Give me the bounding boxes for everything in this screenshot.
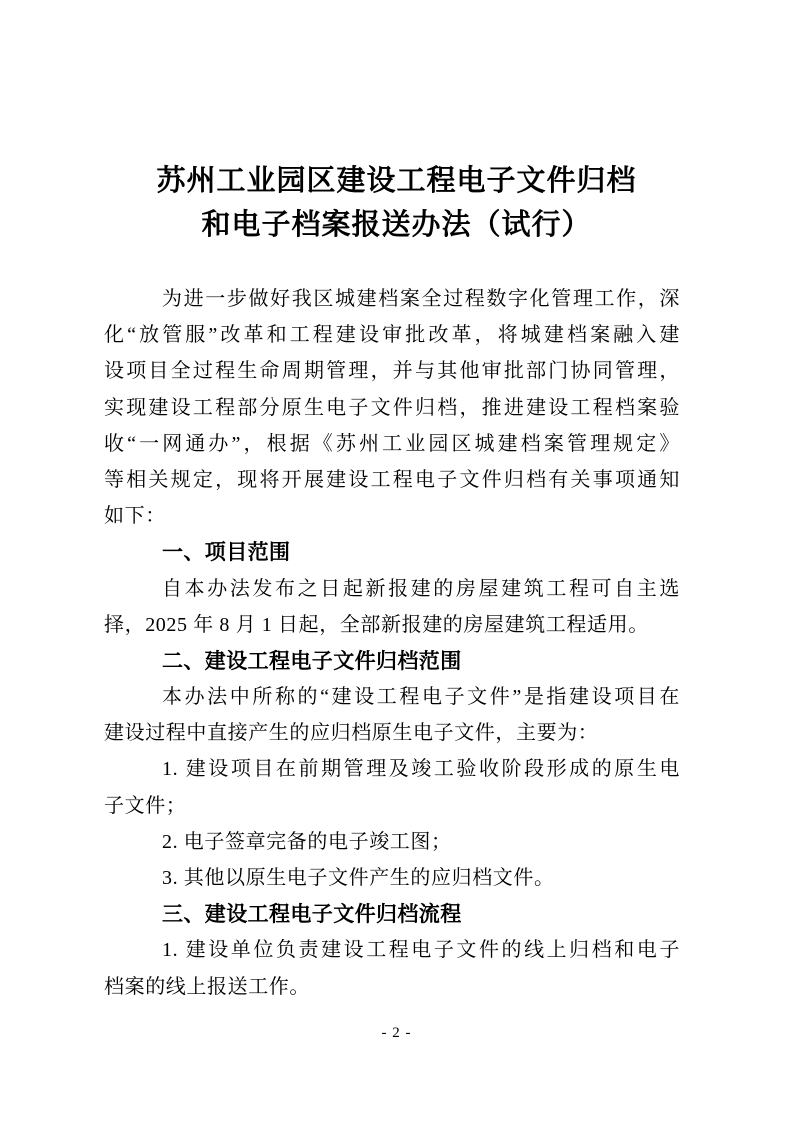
text-line: 化“放管服”改革和工程建设审批改革，将城建档案融入建 <box>104 317 680 353</box>
document-body: 为进一步做好我区城建档案全过程数字化管理工作，深化“放管服”改革和工程建设审批改… <box>104 281 680 1005</box>
document-title: 苏州工业园区建设工程电子文件归档 和电子档案报送办法（试行） <box>0 158 793 246</box>
text-line: 1. 建设项目在前期管理及竣工验收阶段形成的原生电 <box>104 751 680 787</box>
text-line: 等相关规定，现将开展建设工程电子文件归档有关事项通知 <box>104 462 680 498</box>
text-line: 建设过程中直接产生的应归档原生电子文件，主要为： <box>104 715 680 751</box>
text-line: 子文件； <box>104 788 680 824</box>
text-line: 实现建设工程部分原生电子文件归档，推进建设工程档案验 <box>104 390 680 426</box>
text-line: 择，2025 年 8 月 1 日起，全部新报建的房屋建筑工程适用。 <box>104 607 680 643</box>
paragraph: 1. 建设项目在前期管理及竣工验收阶段形成的原生电子文件； <box>104 751 680 823</box>
text-line: 自本办法发布之日起新报建的房屋建筑工程可自主选 <box>104 571 680 607</box>
section-heading: 一、项目范围 <box>104 534 680 570</box>
paragraph: 本办法中所称的“建设工程电子文件”是指建设项目在建设过程中直接产生的应归档原生电… <box>104 679 680 751</box>
text-line: 档案的线上报送工作。 <box>104 969 680 1005</box>
document-title-line-2: 和电子档案报送办法（试行） <box>0 202 793 246</box>
text-line: 本办法中所称的“建设工程电子文件”是指建设项目在 <box>104 679 680 715</box>
paragraph: 为进一步做好我区城建档案全过程数字化管理工作，深化“放管服”改革和工程建设审批改… <box>104 281 680 534</box>
document-title-line-1: 苏州工业园区建设工程电子文件归档 <box>0 158 793 202</box>
paragraph: 2. 电子签章完备的电子竣工图； <box>104 824 680 860</box>
paragraph: 3. 其他以原生电子文件产生的应归档文件。 <box>104 860 680 896</box>
section-heading: 三、建设工程电子文件归档流程 <box>104 896 680 932</box>
text-line: 为进一步做好我区城建档案全过程数字化管理工作，深 <box>104 281 680 317</box>
paragraph: 1. 建设单位负责建设工程电子文件的线上归档和电子档案的线上报送工作。 <box>104 932 680 1004</box>
text-line: 如下： <box>104 498 680 534</box>
page-footer: - 2 - <box>0 1024 793 1042</box>
text-line: 三、建设工程电子文件归档流程 <box>104 896 680 932</box>
document-page: 苏州工业园区建设工程电子文件归档 和电子档案报送办法（试行） 为进一步做好我区城… <box>0 0 793 1122</box>
paragraph: 自本办法发布之日起新报建的房屋建筑工程可自主选择，2025 年 8 月 1 日起… <box>104 571 680 643</box>
text-line: 设项目全过程生命周期管理，并与其他审批部门协同管理， <box>104 353 680 389</box>
text-line: 2. 电子签章完备的电子竣工图； <box>104 824 680 860</box>
text-line: 二、建设工程电子文件归档范围 <box>104 643 680 679</box>
text-line: 一、项目范围 <box>104 534 680 570</box>
section-heading: 二、建设工程电子文件归档范围 <box>104 643 680 679</box>
text-line: 1. 建设单位负责建设工程电子文件的线上归档和电子 <box>104 932 680 968</box>
text-line: 收“一网通办”，根据《苏州工业园区城建档案管理规定》 <box>104 426 680 462</box>
text-line: 3. 其他以原生电子文件产生的应归档文件。 <box>104 860 680 896</box>
page-number: - 2 - <box>382 1025 412 1041</box>
